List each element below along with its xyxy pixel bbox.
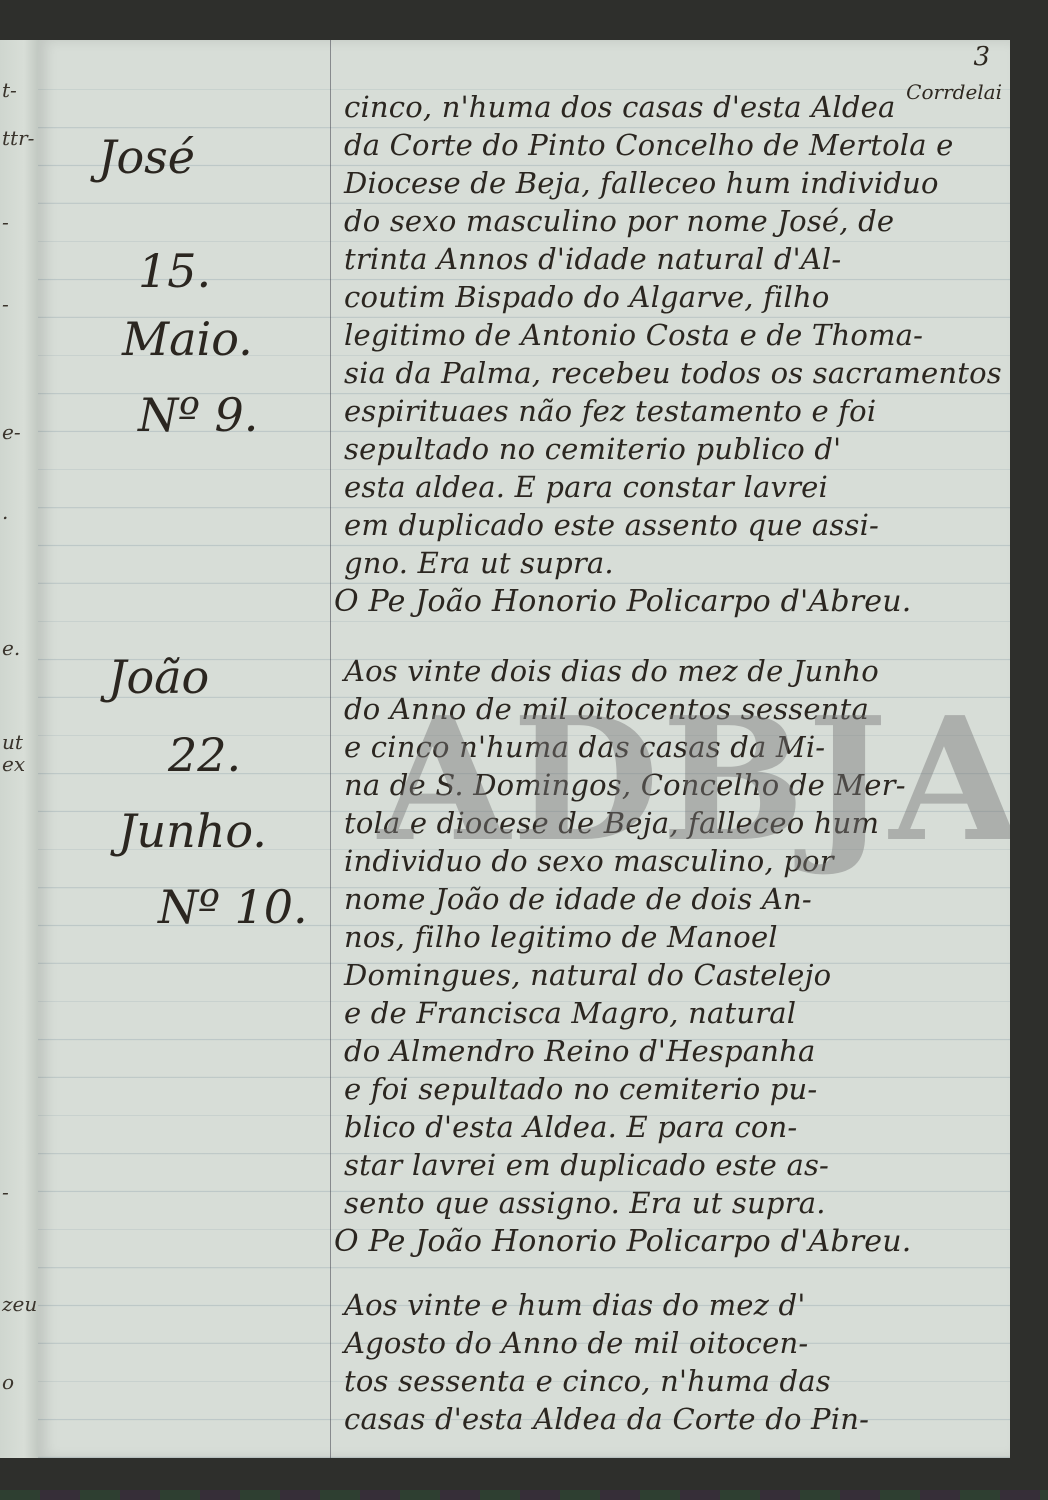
margin-rule: [330, 40, 331, 1458]
entry-line: e foi sepultado no cemiterio pu-: [344, 1072, 817, 1106]
entry-line: cinco, n'huma dos casas d'esta Aldea: [344, 90, 895, 124]
entry-day: 15.: [138, 248, 211, 294]
entry-line: em duplicado este assento que assi-: [344, 508, 879, 542]
entry-line: Diocese de Beja, falleceo hum individuo: [344, 166, 939, 200]
entry-line: coutim Bispado do Algarve, filho: [344, 280, 830, 314]
entry-line: gno. Era ut supra.: [344, 546, 614, 580]
entry-line: trinta Annos d'idade natural d'Al-: [344, 242, 841, 276]
facing-text-fragment: ut: [2, 730, 23, 754]
entry-line: e de Francisca Magro, natural: [344, 996, 796, 1030]
facing-text-fragment: -: [2, 292, 9, 316]
facing-text-fragment: ttr-: [2, 126, 34, 150]
entry-line: do Almendro Reino d'Hespanha: [344, 1034, 816, 1068]
corner-annotation: Corrdelai: [906, 80, 1002, 104]
entry-line: da Corte do Pinto Concelho de Mertola e: [344, 128, 954, 162]
facing-page-edge: t- ttr- - - e- . e. ut ex - zeu o: [0, 40, 40, 1458]
entry-line: nome João de idade de dois An-: [344, 882, 812, 916]
facing-text-fragment: e-: [2, 420, 21, 444]
entry-line: Agosto do Anno de mil oitocen-: [344, 1326, 808, 1360]
entry-line: tola e diocese de Beja, falleceo hum: [344, 806, 879, 840]
priest-signature: O Pe João Honorio Policarpo d'Abreu.: [334, 584, 912, 619]
register-page: 3 Corrdelai José 15. Maio. Nº 9. cinco, …: [38, 40, 1010, 1458]
entry-line: sia da Palma, recebeu todos os sacrament…: [344, 356, 1002, 390]
entry-line: Aos vinte dois dias do mez de Junho: [344, 654, 879, 688]
page-number: 3: [973, 42, 990, 72]
facing-text-fragment: zeu: [2, 1292, 37, 1316]
entry-line: legitimo de Antonio Costa e de Thoma-: [344, 318, 923, 352]
entry-line: esta aldea. E para constar lavrei: [344, 470, 828, 504]
entry-name: José: [98, 134, 195, 180]
entry-day: 22.: [168, 732, 241, 778]
entry-line: Domingues, natural do Castelejo: [344, 958, 831, 992]
entry-number: Nº 10.: [158, 884, 308, 930]
entry-line: individuo do sexo masculino, por: [344, 844, 834, 878]
facing-text-fragment: -: [2, 1180, 9, 1204]
entry-month: Junho.: [118, 808, 267, 854]
facing-text-fragment: t-: [2, 78, 17, 102]
facing-text-fragment: e.: [2, 636, 20, 660]
entry-name: João: [108, 654, 209, 700]
entry-line: do sexo masculino por nome José, de: [344, 204, 894, 238]
entry-number: Nº 9.: [138, 392, 258, 438]
entry-line: na de S. Domingos, Concelho de Mer-: [344, 768, 906, 802]
entry-line: espirituaes não fez testamento e foi: [344, 394, 876, 428]
entry-line: do Anno de mil oitocentos sessenta: [344, 692, 869, 726]
entry-line: Aos vinte e hum dias do mez d': [344, 1288, 806, 1322]
facing-text-fragment: .: [2, 500, 8, 524]
facing-text-fragment: -: [2, 210, 9, 234]
facing-text-fragment: o: [2, 1370, 14, 1394]
priest-signature: O Pe João Honorio Policarpo d'Abreu.: [334, 1224, 912, 1259]
entry-month: Maio.: [122, 316, 253, 362]
entry-line: tos sessenta e cinco, n'huma das: [344, 1364, 831, 1398]
entry-line: star lavrei em duplicado este as-: [344, 1148, 829, 1182]
entry-line: sepultado no cemiterio publico d': [344, 432, 841, 466]
entry-line: sento que assigno. Era ut supra.: [344, 1186, 826, 1220]
entry-line: nos, filho legitimo de Manoel: [344, 920, 778, 954]
scan-color-strip: [0, 1490, 1048, 1500]
entry-line: e cinco n'huma das casas da Mi-: [344, 730, 825, 764]
facing-text-fragment: ex: [2, 752, 25, 776]
entry-line: casas d'esta Aldea da Corte do Pin-: [344, 1402, 869, 1436]
entry-line: blico d'esta Aldea. E para con-: [344, 1110, 797, 1144]
